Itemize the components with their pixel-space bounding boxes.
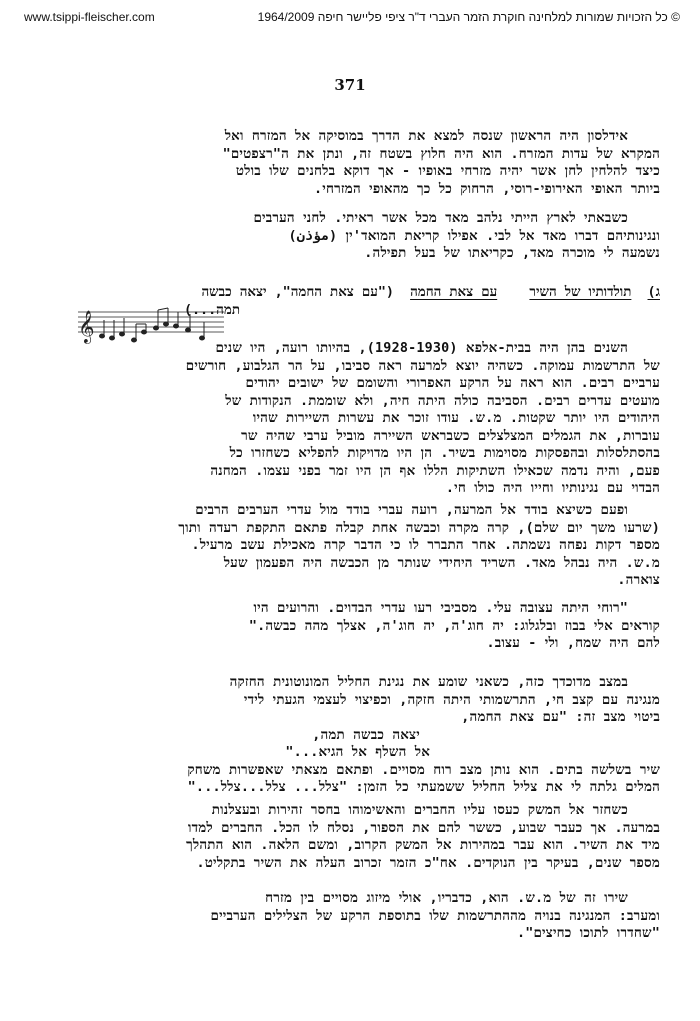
page-number: 371: [0, 76, 700, 94]
song-quote: ("עם צאת החמה", יצאה כבשה: [201, 285, 393, 300]
text-line: מועטים עדרים רבים. הסביבה כולה היתה חיה,…: [48, 393, 660, 411]
text-line: ומערב: המנגינה בנויה מההתרשמות שלו בתוספ…: [48, 908, 660, 926]
text-line: המלים גלתה לי את צליל החליל ששמעתי כל הז…: [48, 779, 660, 797]
text-line: פעם, והיה נדמה שכאילו השתיקות הללו אף הן…: [48, 463, 660, 481]
text-line: מיד את השיר. הוא עבר במהירות אל המשק הקר…: [48, 837, 660, 855]
paragraph-idelsohn: אידלסון היה הראשון שנסה למצא את הדרך במו…: [48, 128, 660, 198]
text-line: מספר שנים, בעיקר בין הנוקדים. אח"כ הזמר …: [48, 855, 660, 873]
text-line: המקרא של עדות המזרח. הוא היה חלוץ בשטח ז…: [48, 146, 660, 164]
text-line: מנגינה עם קצב חי, התרשמותי היתה חזקה, וכ…: [48, 692, 660, 710]
text-line: ביטוי מצב זה: "עם צאת החמה,: [48, 709, 660, 727]
text-line: "שחדרו לתוכו כחיצים".: [48, 925, 660, 943]
paragraph-sheep-incident: ופעם כשיצא בודד אל המרעה, רועה עברי בודד…: [48, 502, 660, 590]
text-line: השנים בהן היה בבית-אלפא (1928-1930), בהי…: [48, 340, 660, 358]
text-line: ופעם כשיצא בודד אל המרעה, רועה עברי בודד…: [48, 502, 660, 520]
text-line: ונגינותיהם דברו מאד אל לבי. אפילו קריאת …: [95, 228, 660, 246]
text-line: מספר דקות נפחה נשמתה. אחר התברר לו כי הד…: [48, 537, 660, 555]
text-line: נשמעה לי מוכרה מאד, כקריאתו של בעל תפילה…: [95, 245, 660, 263]
text-line: בהסתלסלות ובהפסקות מסוימות בשיר. הן היו …: [48, 445, 660, 463]
text-line: של התרשמות עמוקה. כשהיה יוצא למרעה ראה ס…: [48, 358, 660, 376]
text-line: כשחזר אל המשק כעסו עליו החברים והאשימוהו…: [48, 802, 660, 820]
text-line: קוראים אלי בבוז ובלגלוג: יה חוג'ה, יה חו…: [48, 618, 660, 636]
treble-clef-icon: 𝄞: [78, 310, 95, 344]
paragraph-conclusion: שירו זה של מ.ש. הוא, כדבריו, אולי מיזוג …: [48, 890, 660, 943]
text-line: צוארה.: [48, 572, 660, 590]
copyright-notice: © כל הזכויות שמורות למלחינה חוקרת הזמר ה…: [258, 10, 680, 24]
text-line: הבדוי עם נגינותיו וחייו היה כולו חי.: [48, 480, 660, 498]
section-title: תולדותיו של השיר: [529, 285, 631, 300]
text-line: עוברות, את הגמלים המצלצלים כשבראש השיירה…: [48, 428, 660, 446]
text-line: כשבאתי לארץ הייתי נלהב מאד מכל אשר ראיתי…: [95, 210, 660, 228]
section-label: ג): [648, 285, 660, 300]
text-line: שירו זה של מ.ש. הוא, כדבריו, אולי מיזוג …: [48, 890, 660, 908]
paragraph-arrival: כשבאתי לארץ הייתי נלהב מאד מכל אשר ראיתי…: [95, 210, 660, 263]
text-line: היהודים היו יותר שקטות. מ.ש. עודו זוכר א…: [48, 410, 660, 428]
poem-line: אל השלף אל הגיא...": [48, 744, 660, 762]
website-url[interactable]: www.tsippi-fleischer.com: [24, 10, 155, 24]
paragraph-song-origin: במצב מדוכדך כזה, כשאני שומע את נגינת החל…: [48, 674, 660, 797]
text-line: להם היה שמח, ולי - עצוב.: [48, 635, 660, 653]
paragraph-beit-alpha: השנים בהן היה בבית-אלפא (1928-1930), בהי…: [48, 340, 660, 498]
music-notation-image: 𝄞: [76, 302, 226, 344]
page-header: www.tsippi-fleischer.com © כל הזכויות שמ…: [0, 10, 700, 26]
text-line: אידלסון היה הראשון שנסה למצא את הדרך במו…: [48, 128, 660, 146]
text-line: כיצד להלחין לחן אשר יהיה מזרחי באופיו - …: [48, 163, 660, 181]
paragraph-return: כשחזר אל המשק כעסו עליו החברים והאשימוהו…: [48, 802, 660, 872]
song-title: עם צאת החמה: [410, 285, 497, 300]
paragraph-quote-sad: "רוחי היתה עצובה עלי. מסביבי רעו עדרי הב…: [48, 600, 660, 653]
text-line: שיר בשלשה בתים. הוא נותן מצב רוח מסויים.…: [48, 762, 660, 780]
text-line: במרעה. אך כעבר שבוע, כששר להם את הספור, …: [48, 820, 660, 838]
text-line: ערביים רבים. הוא ראה על הרקע האפרורי והש…: [48, 375, 660, 393]
text-line: (שרעו משך יום שלם), קרה מקרה וכבשה אחת ק…: [48, 520, 660, 538]
text-line: במצב מדוכדך כזה, כשאני שומע את נגינת החל…: [48, 674, 660, 692]
text-line: "רוחי היתה עצובה עלי. מסביבי רעו עדרי הב…: [48, 600, 660, 618]
poem-line: יצאה כבשה תמה,: [48, 727, 660, 745]
text-line: ביותר האופי האירופי-רוסי, הרחוק כל כך מה…: [48, 181, 660, 199]
text-line: מ.ש. היה נבהל מאד. השריד היחידי שנותר מן…: [48, 555, 660, 573]
